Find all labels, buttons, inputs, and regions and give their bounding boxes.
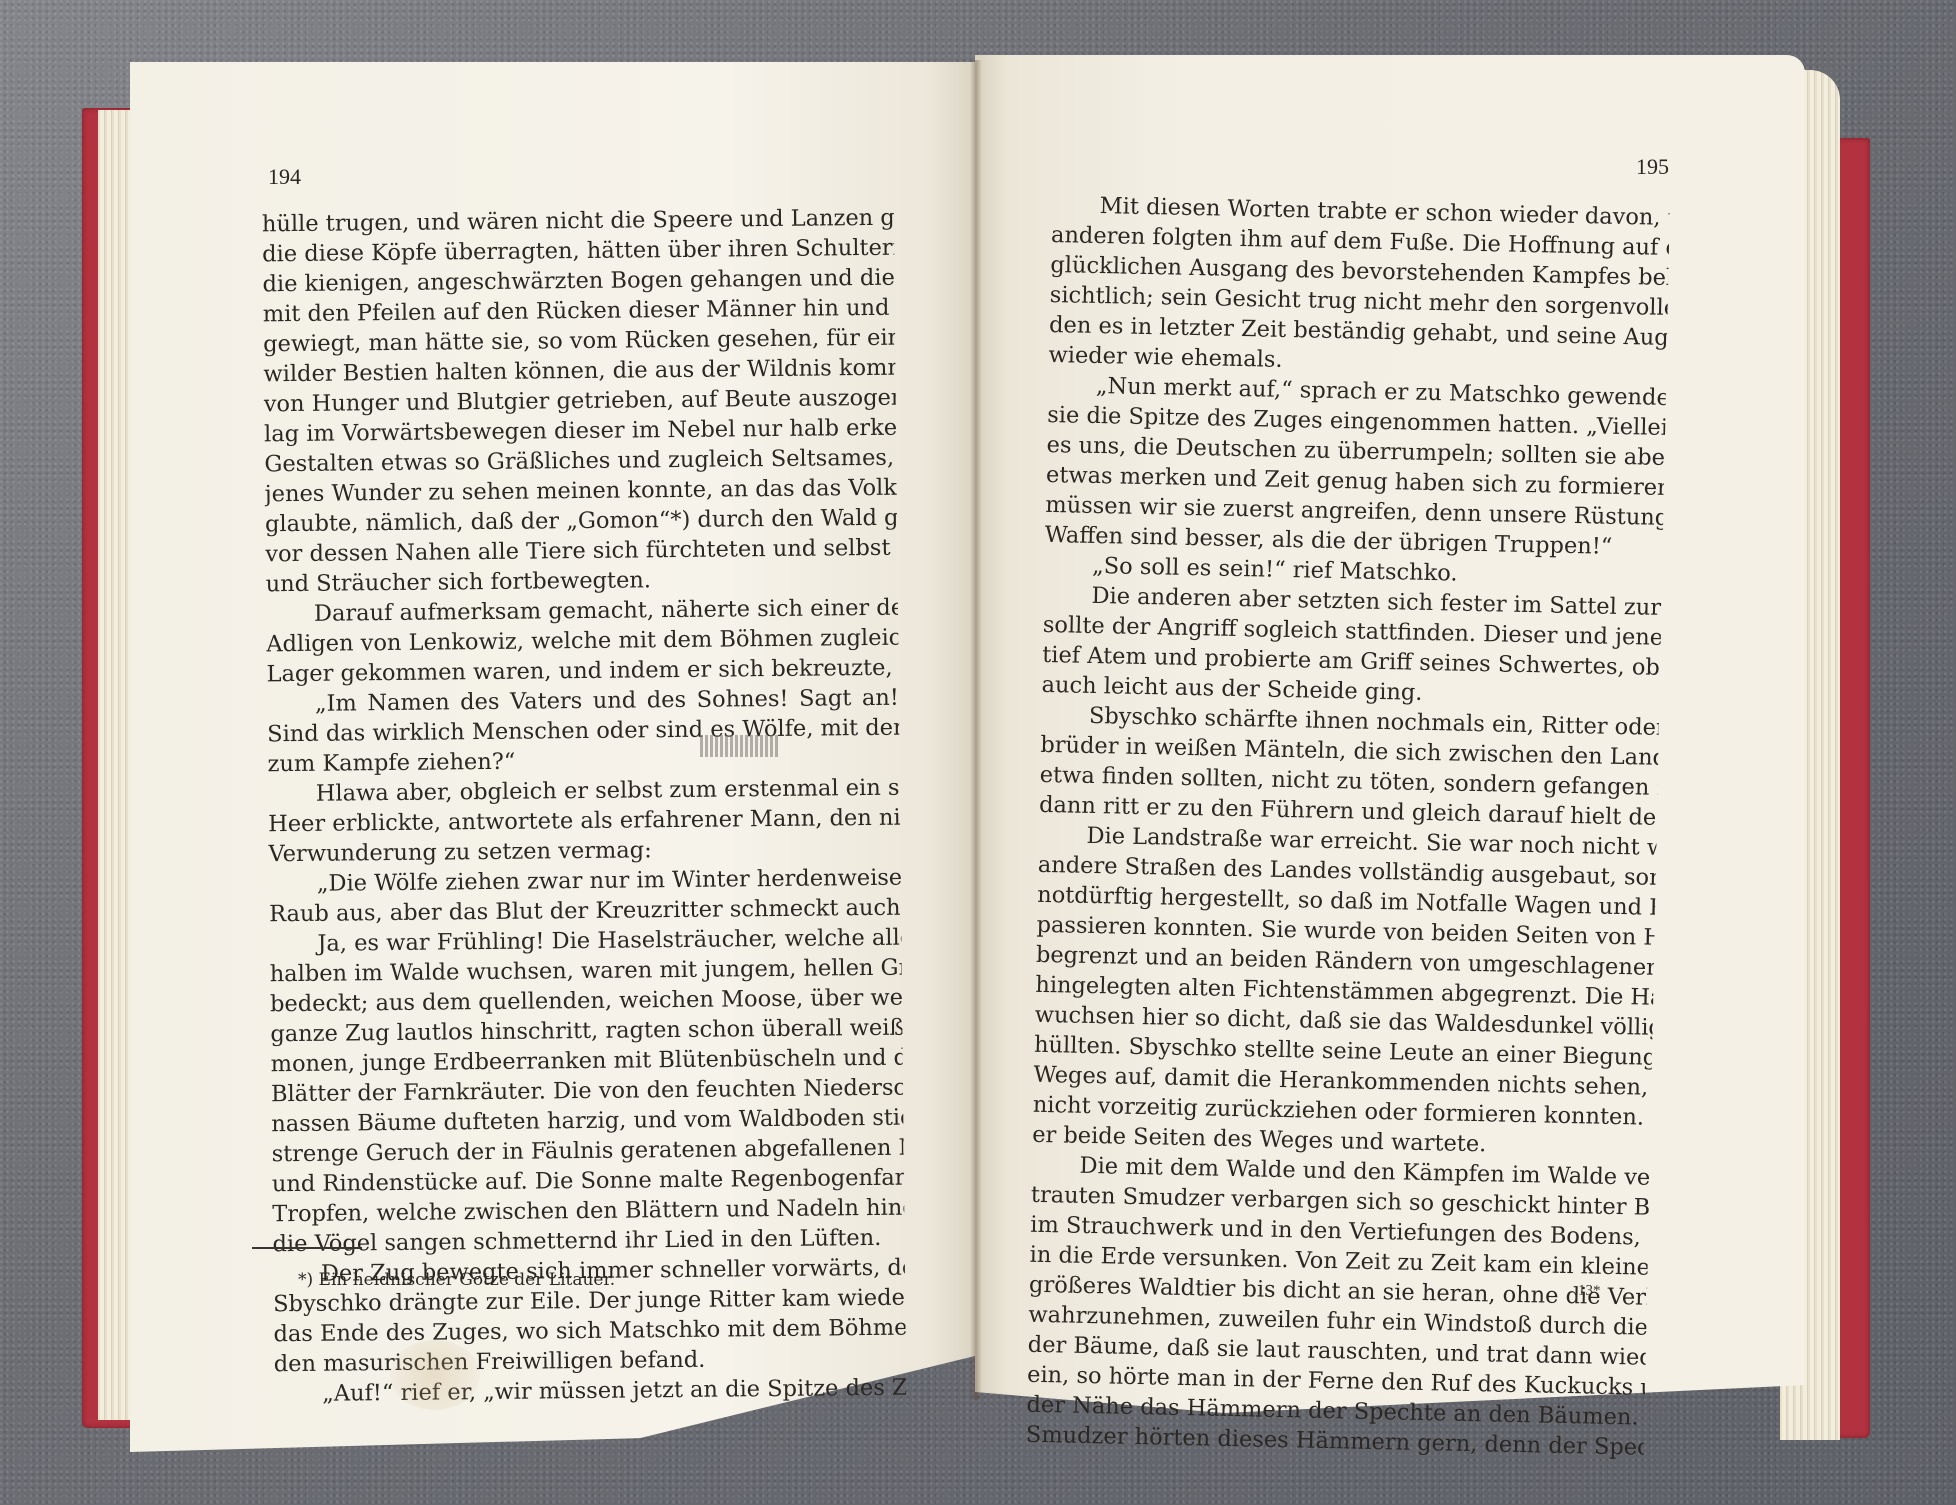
right-page-body-text: Mit diesen Worten trabte er schon wieder… bbox=[1026, 190, 1670, 1463]
ink-smudge bbox=[700, 735, 780, 757]
book-gutter bbox=[970, 60, 982, 1400]
paper-stain bbox=[390, 1340, 480, 1410]
right-page-number: 195 bbox=[1636, 154, 1669, 180]
left-page-number: 194 bbox=[268, 164, 301, 190]
footnote-text: *) Ein heidnischer Götze der Litauer. bbox=[298, 1270, 615, 1290]
footnote-rule bbox=[252, 1247, 362, 1249]
signature-mark: 13* bbox=[1578, 1283, 1601, 1300]
left-page-body-text: hülle trugen, und wären nicht die Speere… bbox=[262, 203, 907, 1410]
text-line: „Auf!“ rief er, „wir müssen jetzt an die… bbox=[274, 1373, 906, 1410]
